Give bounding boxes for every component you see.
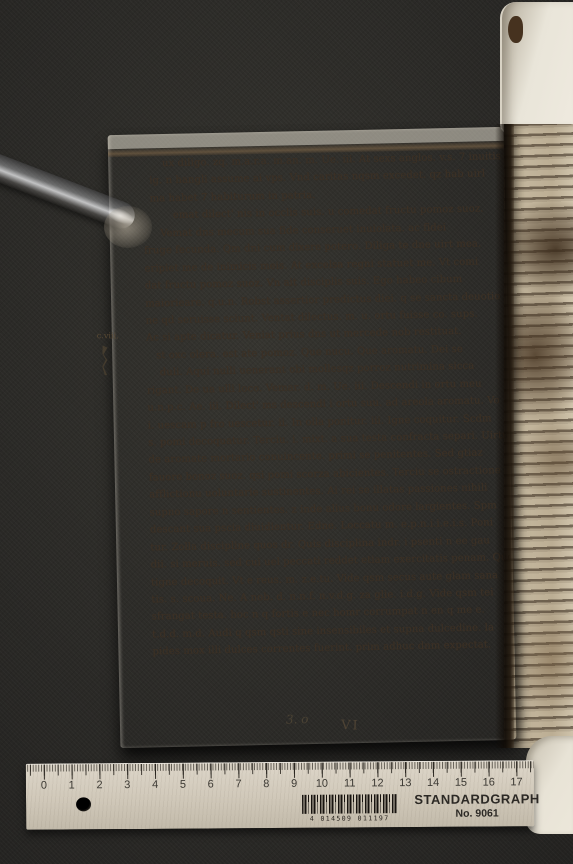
ruler-number: 17 [510, 776, 522, 788]
photo-background: ux diligo. zq. m.a.r.a. m.an. m. Ue. iii… [0, 0, 573, 864]
ruler-hole [76, 797, 91, 811]
barcode-digits: 4 014509 011197 [302, 814, 397, 823]
ruler-number: 1 [69, 779, 75, 791]
ruler-number: 6 [208, 778, 214, 790]
ruler-number: 15 [455, 777, 467, 789]
barcode-bars [302, 794, 397, 814]
ruler-number: 8 [263, 778, 269, 790]
ruler-number: 0 [41, 780, 47, 792]
ruler-number: 13 [399, 777, 411, 789]
margin-note: c.viii. [97, 331, 119, 340]
leaf-notch-stain [508, 16, 523, 43]
ruler-number: 12 [371, 777, 383, 789]
text-block: ux diligo. zq. m.a.r.a. m.an. m. Ue. iii… [142, 148, 512, 661]
quire-mark-flourish [101, 345, 110, 375]
gutter-shadow [495, 124, 514, 748]
page-number: VI [341, 718, 360, 734]
ruler-number: 11 [344, 777, 356, 789]
ruler-number: 9 [291, 778, 297, 790]
ruler-number: 5 [180, 779, 186, 791]
ruler: 01234567891011121314151617 4 014509 0111… [26, 760, 534, 830]
ruler-number: 2 [96, 779, 102, 791]
barcode: 4 014509 011197 [302, 794, 397, 824]
ruler-number: 10 [316, 778, 328, 790]
ruler-number: 3 [124, 779, 130, 791]
ruler-model-label: No. 9061 [402, 807, 552, 820]
ruler-number: 7 [235, 778, 241, 790]
ruler-number: 16 [483, 777, 495, 789]
ruler-brand-label: STANDARDGRAPH [402, 791, 552, 807]
ruler-number: 14 [427, 777, 439, 789]
manuscript-page: ux diligo. zq. m.a.r.a. m.an. m. Ue. iii… [108, 127, 517, 748]
page-weight-tip-reflection [104, 206, 152, 248]
bottom-pen-trials: 3. o [286, 712, 309, 726]
ruler-number: 4 [152, 779, 158, 791]
